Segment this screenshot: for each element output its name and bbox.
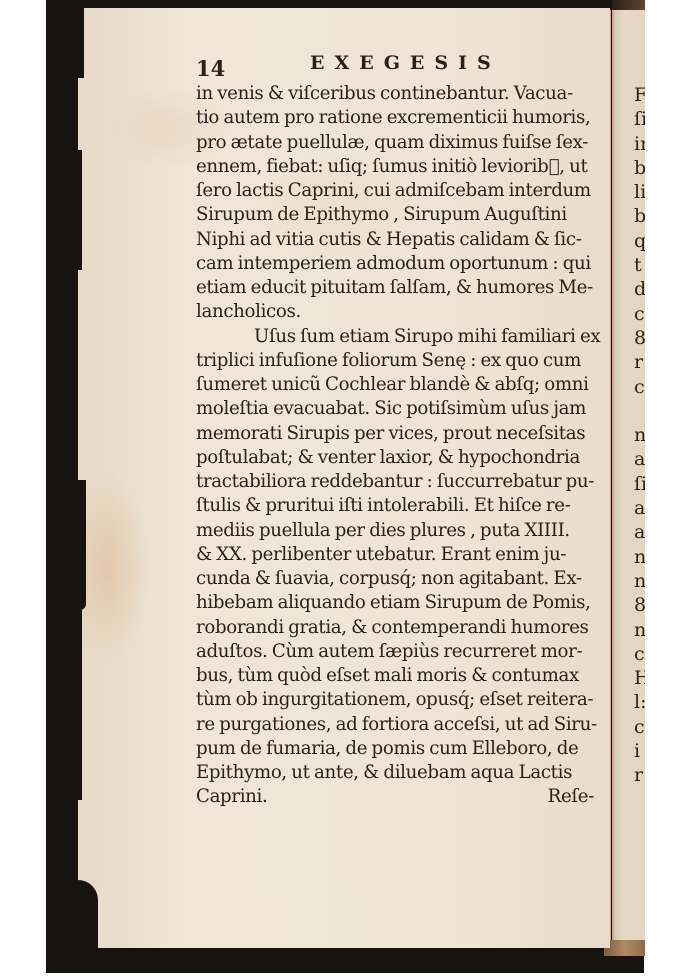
text-line: in venis & viſceribus continebantur. Vac… xyxy=(196,82,598,106)
text-line: Niphi ad vitia cutis & Hepatis calidam &… xyxy=(196,228,598,252)
torn-edge xyxy=(78,150,82,270)
last-line: Caprini. Reſe- xyxy=(196,785,598,809)
text-line: & XX. perlibenter utebatur. Erant enim j… xyxy=(196,543,598,567)
text-line: poſtulabat; & venter laxior, & hypochond… xyxy=(196,446,598,470)
text-line: memorati Sirupis per vices, prout neceſs… xyxy=(196,422,598,446)
text-line: Sirupum de Epithymo , Sirupum Auguſtini xyxy=(196,203,598,227)
text-line: cam intemperiem admodum oportunum : qui xyxy=(196,252,598,276)
text-line: aduſtos. Cùm autem ſæpiùs recurreret mor… xyxy=(196,640,598,664)
text-line: ſero lactis Caprini, cui admiſcebam inte… xyxy=(196,179,598,203)
text-line: etiam educit pituitam ſalſam, & humores … xyxy=(196,276,598,300)
running-title: EXEGESIS xyxy=(310,52,501,74)
torn-edge xyxy=(78,610,82,800)
text-line: pro ætate puellulæ, quam diximus fuiſse … xyxy=(196,131,598,155)
text-line: tractabiliora reddebantur : ſuccurrebatu… xyxy=(196,470,598,494)
torn-edge xyxy=(78,880,98,950)
text-line: Caprini. xyxy=(196,786,267,807)
text-line: re purgationes, ad fortiora acceſsi, ut … xyxy=(196,713,598,737)
torn-edge xyxy=(78,480,86,610)
text-line: tio autem pro ratione excrementicii humo… xyxy=(196,106,598,130)
text-line: tùm ob ingurgitationem, opusq́; eſset re… xyxy=(196,688,598,712)
torn-edge xyxy=(78,8,84,78)
text-line: moleſtia evacuabat. Sic potiſsimùm uſus … xyxy=(196,397,598,421)
text-line: ſtulis & pruritui iſti intolerabili. Et … xyxy=(196,494,598,518)
text-line: cunda & ſuavia, corpusq́; non agitabant.… xyxy=(196,567,598,591)
text-line: bus, tùm quòd eſset mali moris & contuma… xyxy=(196,664,598,688)
text-line: ſumeret unicũ Cochlear blandè & abſq; om… xyxy=(196,373,598,397)
paragraph-start-line: Uſus ſum etiam Sirupo mihi familiari ex xyxy=(196,325,598,349)
running-head: 14 EXEGESIS xyxy=(196,52,598,82)
text-line: hibebam aliquando etiam Sirupum de Pomis… xyxy=(196,591,598,615)
text-line: mediis puellula per dies plures , puta X… xyxy=(196,519,598,543)
catchword: Reſe- xyxy=(548,785,594,809)
text-block: 14 EXEGESIS in venis & viſceribus contin… xyxy=(196,52,598,810)
margin-left xyxy=(0,0,46,976)
text-line: triplici infuſione foliorum Senę : ex qu… xyxy=(196,349,598,373)
text-line: Epithymo, ut ante, & diluebam aqua Lacti… xyxy=(196,761,598,785)
facing-page-bottom-edge xyxy=(604,940,645,956)
page-number: 14 xyxy=(196,56,225,81)
margin-right xyxy=(645,0,690,976)
text-line: ennem, fiebat: uſiq; ſumus initiò levior… xyxy=(196,155,598,179)
text-line: roborandi gratia, & contemperandi humore… xyxy=(196,616,598,640)
text-line: pum de fumaria, de pomis cum Elleboro, d… xyxy=(196,737,598,761)
text-line: lancholicos. xyxy=(196,300,598,324)
